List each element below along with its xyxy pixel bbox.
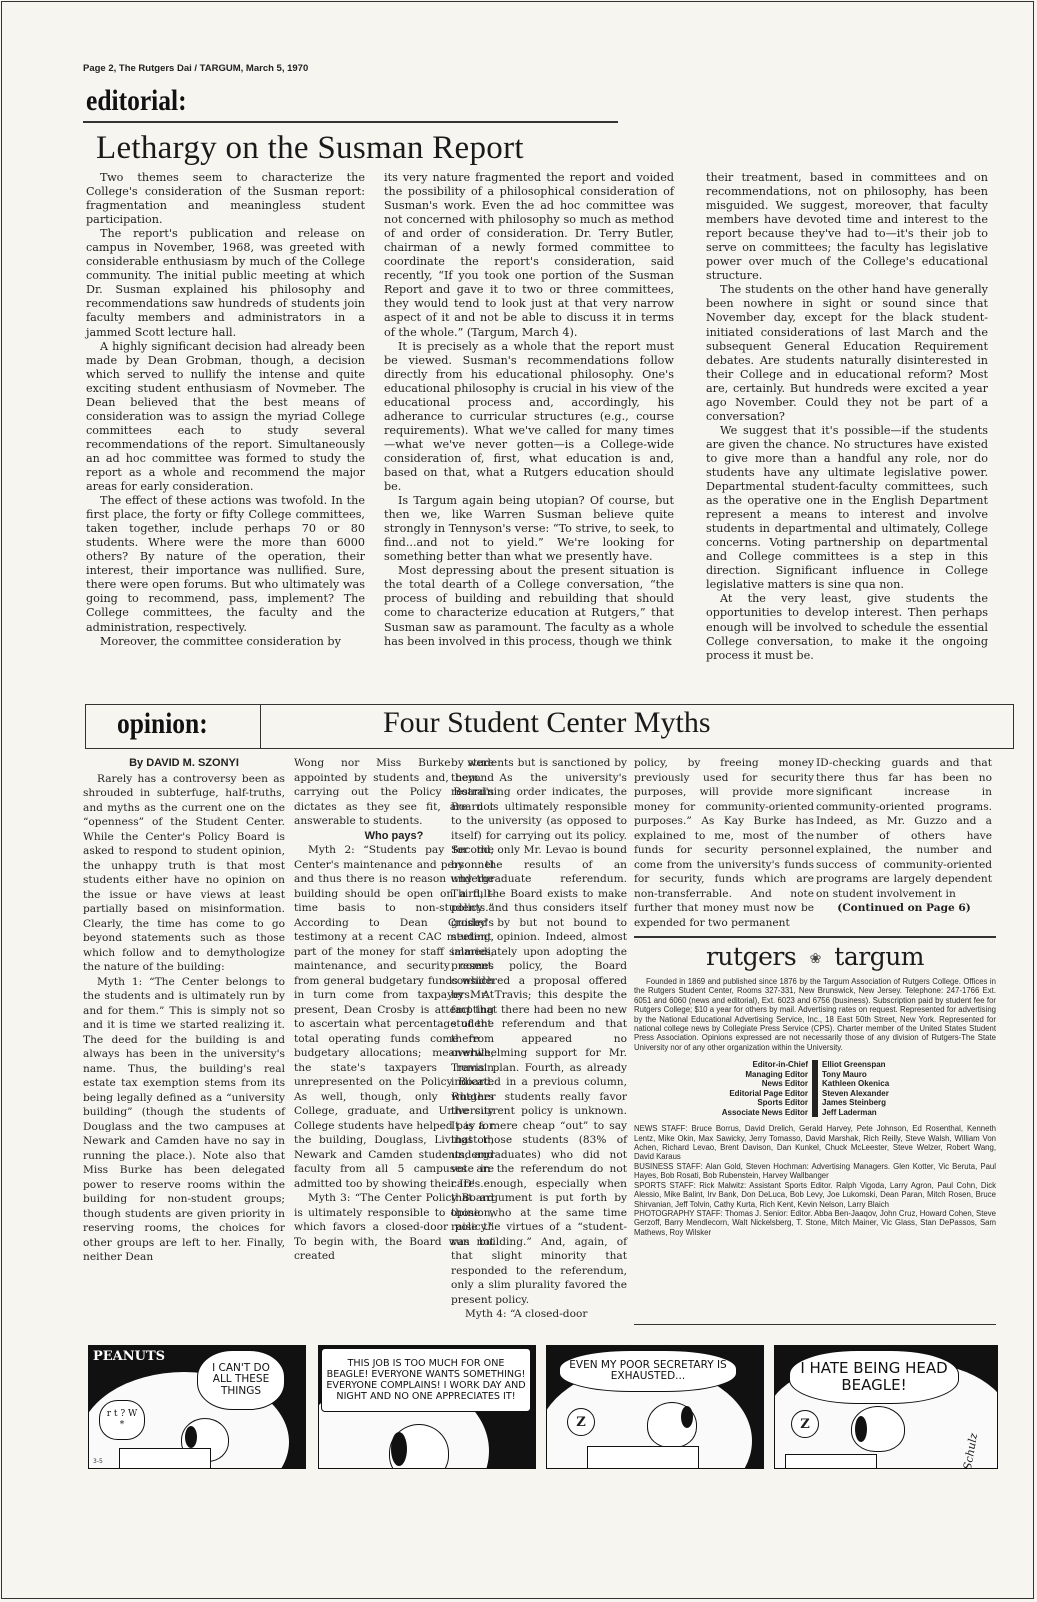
snoopy-ear: [185, 1426, 197, 1448]
speech-balloon: I HATE BEING HEAD BEAGLE!: [789, 1350, 959, 1404]
editor-role: Associate News Editor: [634, 1108, 808, 1118]
peanuts-logo: PEANUTS: [93, 1349, 165, 1364]
opinion-column-5: ID-checking guards and that there thus f…: [816, 756, 992, 916]
editorial-kicker: editorial:: [86, 84, 187, 118]
editor-divider-bar: [812, 1060, 818, 1117]
paragraph: its very nature fragmented the report an…: [384, 171, 674, 340]
paragraph: A highly significant decision had alread…: [86, 340, 365, 495]
masthead: rutgers ❀ targum Founded in 1869 and pub…: [634, 942, 996, 1237]
opinion-column-4: policy, by freeing money previously used…: [634, 756, 814, 930]
editor-role: News Editor: [634, 1079, 808, 1089]
paragraph: by students but is sanctioned by them. A…: [451, 756, 627, 1307]
paragraph: ID-checking guards and that there thus f…: [816, 756, 992, 901]
comic-panel-3: EVEN MY POOR SECRETARY IS EXHAUSTED... Z: [546, 1345, 764, 1469]
seal-icon: ❀: [810, 951, 821, 967]
snoopy-ear: [855, 1416, 867, 1442]
woodstock-z-balloon: Z: [791, 1410, 819, 1438]
editorial-column-2: its very nature fragmented the report an…: [384, 171, 674, 649]
editor-name: Jeff Laderman: [822, 1108, 996, 1118]
paragraph: The report's publication and release on …: [86, 227, 365, 339]
continued-notice: (Continued on Page 6): [816, 901, 992, 916]
paragraph: Myth 1: “The Center belongs to the stude…: [83, 975, 285, 1265]
paragraph: their treatment, based in committees and…: [706, 171, 988, 283]
staff-lists: NEWS STAFF: Bruce Borrus, David Drelich,…: [634, 1124, 996, 1237]
comic-panel-1: PEANUTS I CAN'T DO ALL THESE THINGS r t …: [88, 1345, 306, 1469]
editorial-column-1: Two themes seem to characterize the Coll…: [86, 171, 365, 649]
speech-balloon: EVEN MY POOR SECRETARY IS EXHAUSTED...: [559, 1350, 737, 1392]
editor-list: Editor-in-Chief Elliot Greenspan Managin…: [634, 1060, 996, 1117]
editorial-headline: Lethargy on the Susman Report: [96, 130, 524, 167]
editor-role: Sports Editor: [634, 1098, 808, 1108]
editor-name: Tony Mauro: [822, 1070, 996, 1080]
doghouse: [587, 1446, 699, 1469]
speech-balloon: THIS JOB IS TOO MUCH FOR ONE BEAGLE! EVE…: [321, 1348, 531, 1412]
editor-name: Kathleen Okenica: [822, 1079, 996, 1089]
editor-role: Editor-in-Chief: [634, 1060, 808, 1070]
editor-name: James Steinberg: [822, 1098, 996, 1108]
paragraph: policy, by freeing money previously used…: [634, 756, 814, 930]
date-stamp: 3-5: [93, 1458, 103, 1465]
doghouse: [119, 1448, 211, 1469]
opinion-kicker: opinion:: [117, 707, 208, 741]
woodstock-z-balloon: Z: [567, 1408, 595, 1436]
news-staff: NEWS STAFF: Bruce Borrus, David Drelich,…: [634, 1124, 996, 1162]
editor-role: Editorial Page Editor: [634, 1089, 808, 1099]
paragraph: The students on the other hand have gene…: [706, 283, 988, 423]
masthead-title: rutgers ❀ targum: [634, 942, 996, 971]
woodstock-balloon: r t ? W *: [99, 1400, 145, 1440]
business-staff: BUSINESS STAFF: Alan Gold, Steven Hochma…: [634, 1162, 996, 1181]
masthead-bottom-rule: [634, 1324, 996, 1325]
snoopy-ear: [681, 1406, 693, 1428]
paragraph: Myth 4: “A closed-door: [451, 1307, 627, 1322]
paragraph: The effect of these actions was twofold.…: [86, 494, 365, 634]
paragraph: At the very least, give students the opp…: [706, 592, 988, 662]
editor-role: Managing Editor: [634, 1070, 808, 1080]
opinion-headline: Four Student Center Myths: [383, 706, 711, 740]
paragraph: Moreover, the committee consideration by: [86, 635, 365, 649]
masthead-top-rule: [634, 936, 996, 938]
photography-staff: PHOTOGRAPHY STAFF: Thomas J. Senior: Edi…: [634, 1209, 996, 1237]
paragraph: It is precisely as a whole that the repo…: [384, 340, 674, 495]
snoopy-ear: [391, 1432, 407, 1466]
masthead-title-right: targum: [834, 942, 924, 971]
paragraph: Most depressing about the present situat…: [384, 564, 674, 648]
sports-staff: SPORTS STAFF: Rick Malwitz: Assistant Sp…: [634, 1181, 996, 1209]
doghouse: [785, 1454, 877, 1469]
comic-panel-2: THIS JOB IS TOO MUCH FOR ONE BEAGLE! EVE…: [318, 1345, 536, 1469]
paragraph: Two themes seem to characterize the Coll…: [86, 171, 365, 227]
speech-balloon: I CAN'T DO ALL THESE THINGS: [197, 1350, 285, 1410]
masthead-blurb: Founded in 1869 and published since 1876…: [634, 977, 996, 1052]
opinion-column-3: by students but is sanctioned by them. A…: [451, 756, 627, 1322]
paragraph: Rarely has a controversy been as shroude…: [83, 772, 285, 975]
byline: By DAVID M. SZONYI: [83, 756, 285, 771]
paragraph: Is Targum again being utopian? Of course…: [384, 494, 674, 564]
paragraph: We suggest that it's possible—if the stu…: [706, 424, 988, 593]
editor-name: Steven Alexander: [822, 1089, 996, 1099]
peanuts-comic-strip: PEANUTS I CAN'T DO ALL THESE THINGS r t …: [88, 1345, 998, 1469]
masthead-title-left: rutgers: [706, 942, 796, 971]
editor-name: Elliot Greenspan: [822, 1060, 996, 1070]
editorial-column-3: their treatment, based in committees and…: [706, 171, 988, 663]
comic-panel-4: I HATE BEING HEAD BEAGLE! Z Schulz: [774, 1345, 998, 1469]
editorial-rule: [83, 121, 618, 123]
folio-line: Page 2, The Rutgers Dai / TARGUM, March …: [83, 63, 308, 74]
opinion-column-1: By DAVID M. SZONYI Rarely has a controve…: [83, 756, 285, 1265]
